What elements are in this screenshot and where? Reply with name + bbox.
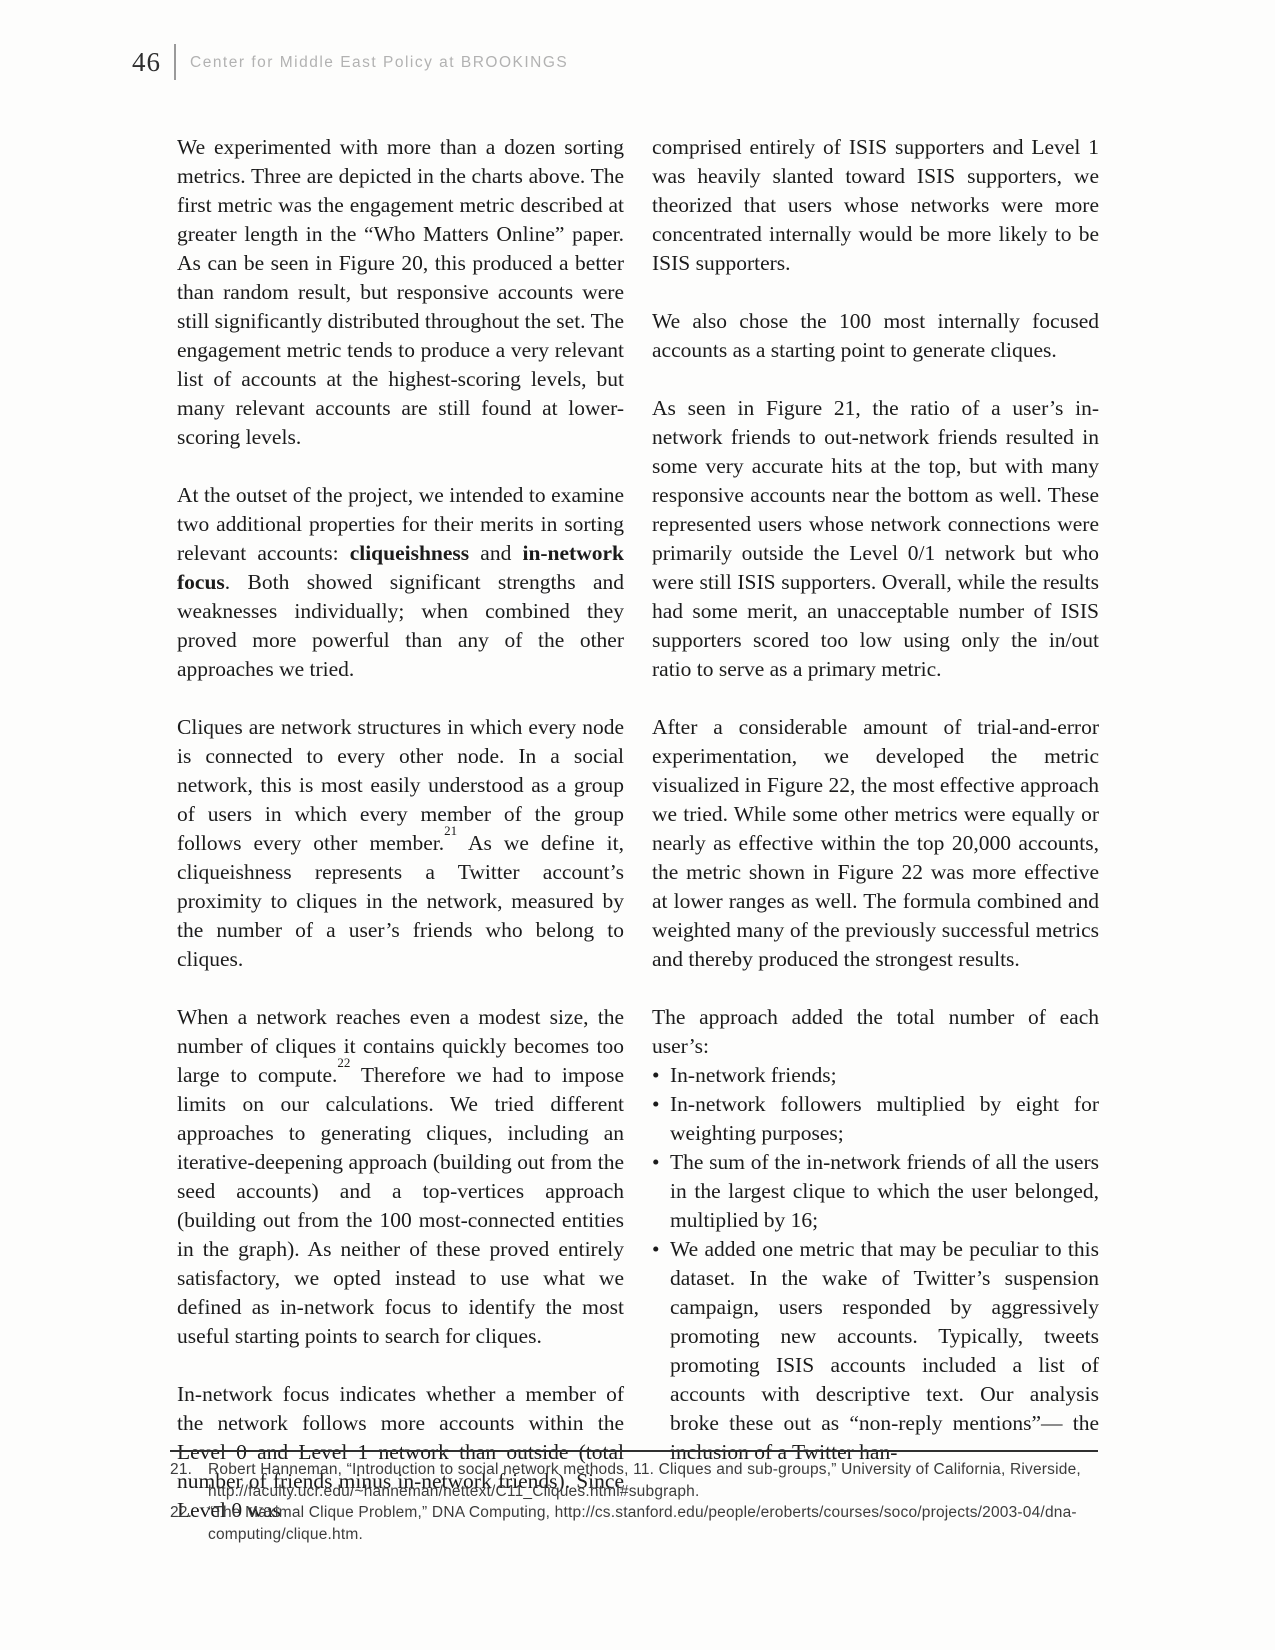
bullet-largest-clique-sum: The sum of the in-network friends of all… bbox=[652, 1148, 1099, 1235]
footnote-text: “The Maximal Clique Problem,” DNA Comput… bbox=[208, 1502, 1098, 1545]
footnote-21: 21. Robert Hanneman, “Introduction to so… bbox=[170, 1459, 1098, 1502]
running-title: Center for Middle East Policy at BROOKIN… bbox=[190, 52, 568, 72]
bold-term-cliqueishness: cliqueishness bbox=[350, 541, 469, 565]
bullet-non-reply-mentions: We added one metric that may be peculiar… bbox=[652, 1235, 1099, 1467]
footnote-number: 21. bbox=[170, 1459, 208, 1502]
page-number: 46 bbox=[132, 47, 161, 78]
paragraph-figure-21-ratio: As seen in Figure 21, the ratio of a use… bbox=[652, 394, 1099, 684]
bullet-in-network-friends: In-network friends; bbox=[652, 1061, 1099, 1090]
paragraph-sorting-metrics: We experimented with more than a dozen s… bbox=[177, 133, 624, 452]
text-run: Therefore we had to impose limits on our… bbox=[177, 1063, 624, 1348]
footnote-22: 22. “The Maximal Clique Problem,” DNA Co… bbox=[170, 1502, 1098, 1545]
paragraph-100-accounts: We also chose the 100 most internally fo… bbox=[652, 307, 1099, 365]
footnote-number: 22. bbox=[170, 1502, 208, 1545]
bullet-in-network-followers: In-network followers multiplied by eight… bbox=[652, 1090, 1099, 1148]
paragraph-clique-computation: When a network reaches even a modest siz… bbox=[177, 1003, 624, 1351]
bullet-list-intro: The approach added the total number of e… bbox=[652, 1003, 1099, 1061]
paragraph-level-composition: comprised entirely of ISIS supporters an… bbox=[652, 133, 1099, 278]
paragraph-cliques-definition: Cliques are network structures in which … bbox=[177, 713, 624, 974]
footnote-ref-21: 21 bbox=[444, 823, 457, 838]
body-columns: We experimented with more than a dozen s… bbox=[177, 133, 1099, 1554]
footnote-text: Robert Hanneman, “Introduction to social… bbox=[208, 1459, 1098, 1502]
left-column: We experimented with more than a dozen s… bbox=[177, 133, 624, 1554]
paragraph-two-properties: At the outset of the project, we intende… bbox=[177, 481, 624, 684]
footnote-ref-22: 22 bbox=[337, 1055, 350, 1070]
header-divider bbox=[174, 44, 176, 80]
footnotes-section: 21. Robert Hanneman, “Introduction to so… bbox=[170, 1450, 1098, 1545]
right-column: comprised entirely of ISIS supporters an… bbox=[652, 133, 1099, 1554]
text-run: . Both showed significant strengths and … bbox=[177, 570, 624, 681]
text-run: and bbox=[469, 541, 522, 565]
paragraph-figure-22-metric: After a considerable amount of trial-and… bbox=[652, 713, 1099, 974]
page-header: 46 Center for Middle East Policy at BROO… bbox=[132, 44, 568, 80]
report-page: 46 Center for Middle East Policy at BROO… bbox=[0, 0, 1275, 1650]
metric-bullet-list: In-network friends; In-network followers… bbox=[652, 1061, 1099, 1467]
footnote-divider-rule bbox=[170, 1450, 1098, 1452]
